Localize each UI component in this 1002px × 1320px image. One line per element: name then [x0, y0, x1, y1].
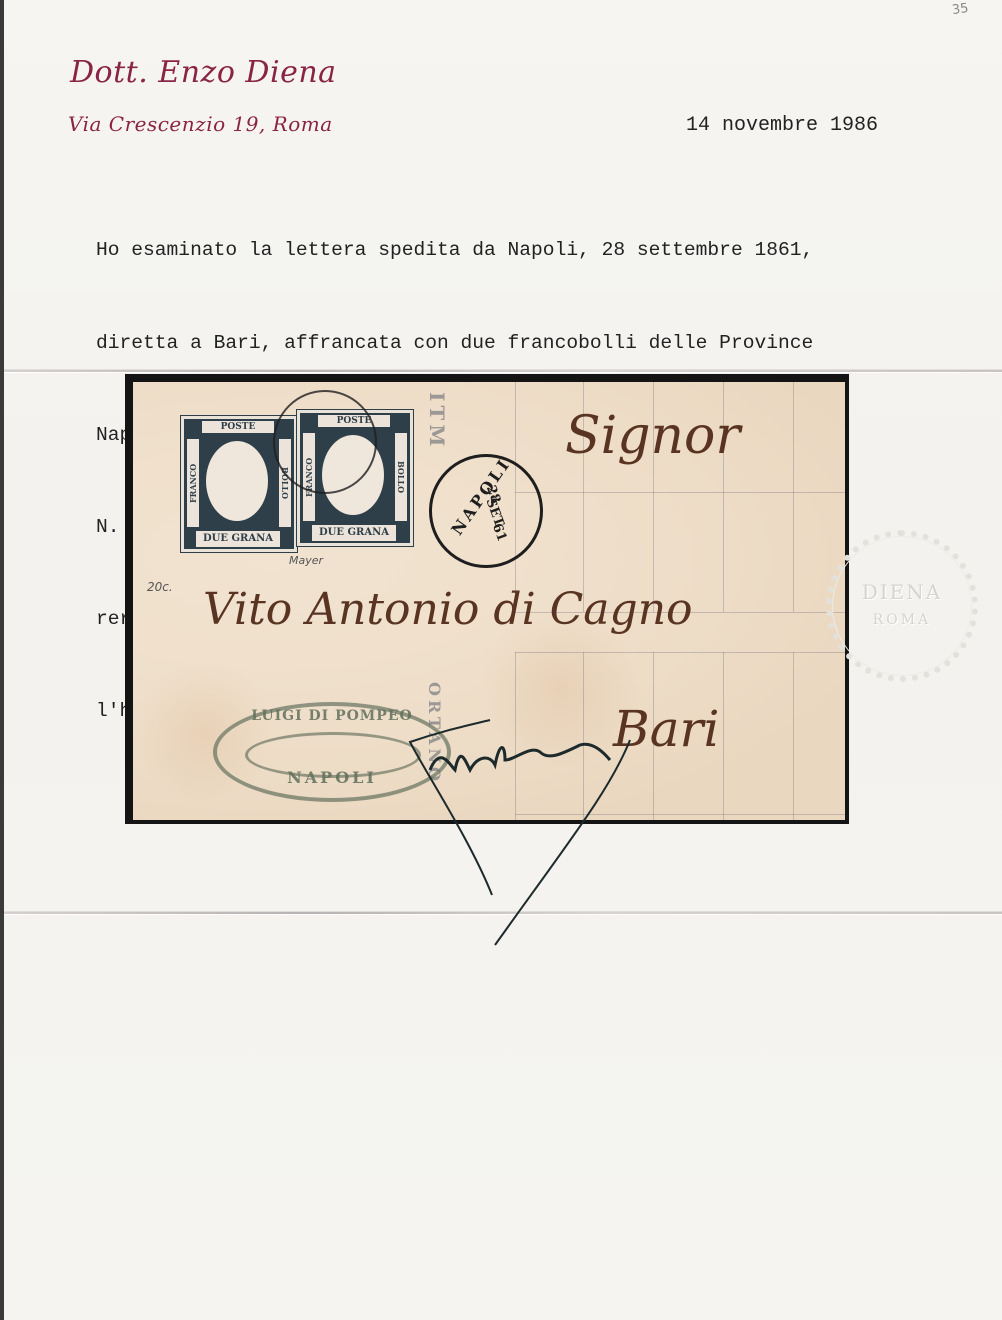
address-line-recipient: Vito Antonio di Cagno: [203, 584, 693, 635]
address-line-signor: Signor: [565, 406, 740, 466]
pencil-signature: Mayer: [289, 554, 323, 567]
certificate-line: Ho esaminato la lettera spedita da Napol…: [96, 235, 906, 266]
cover-photograph: ITM ORTANO POSTE FRANCO BOLLO DUE GRANA …: [125, 374, 849, 824]
certificate-line: diretta a Bari, affrancata con due franc…: [96, 328, 906, 359]
cover-letter: ITM ORTANO POSTE FRANCO BOLLO DUE GRANA …: [133, 382, 845, 820]
postmark-cancel: [273, 390, 377, 494]
pencil-catalog-note: 20c.: [147, 580, 173, 594]
certificate-date: 14 novembre 1986: [686, 114, 878, 137]
page-number: 35: [951, 1, 969, 18]
napoli-postmark: NAPOLI 28 SET 61: [429, 454, 543, 568]
letterhead-address: Via Crescenzio 19, Roma: [68, 112, 333, 136]
printed-side-text: ITM: [425, 392, 449, 450]
paper-fold-line: [4, 912, 1002, 914]
address-line-city: Bari: [613, 700, 719, 758]
embossed-seal: DIENA ROMA: [826, 530, 978, 682]
letterhead-name: Dott. Enzo Diena: [70, 55, 337, 90]
oval-handstamp: LUIGI DI POMPEO NAPOLI: [213, 702, 451, 802]
